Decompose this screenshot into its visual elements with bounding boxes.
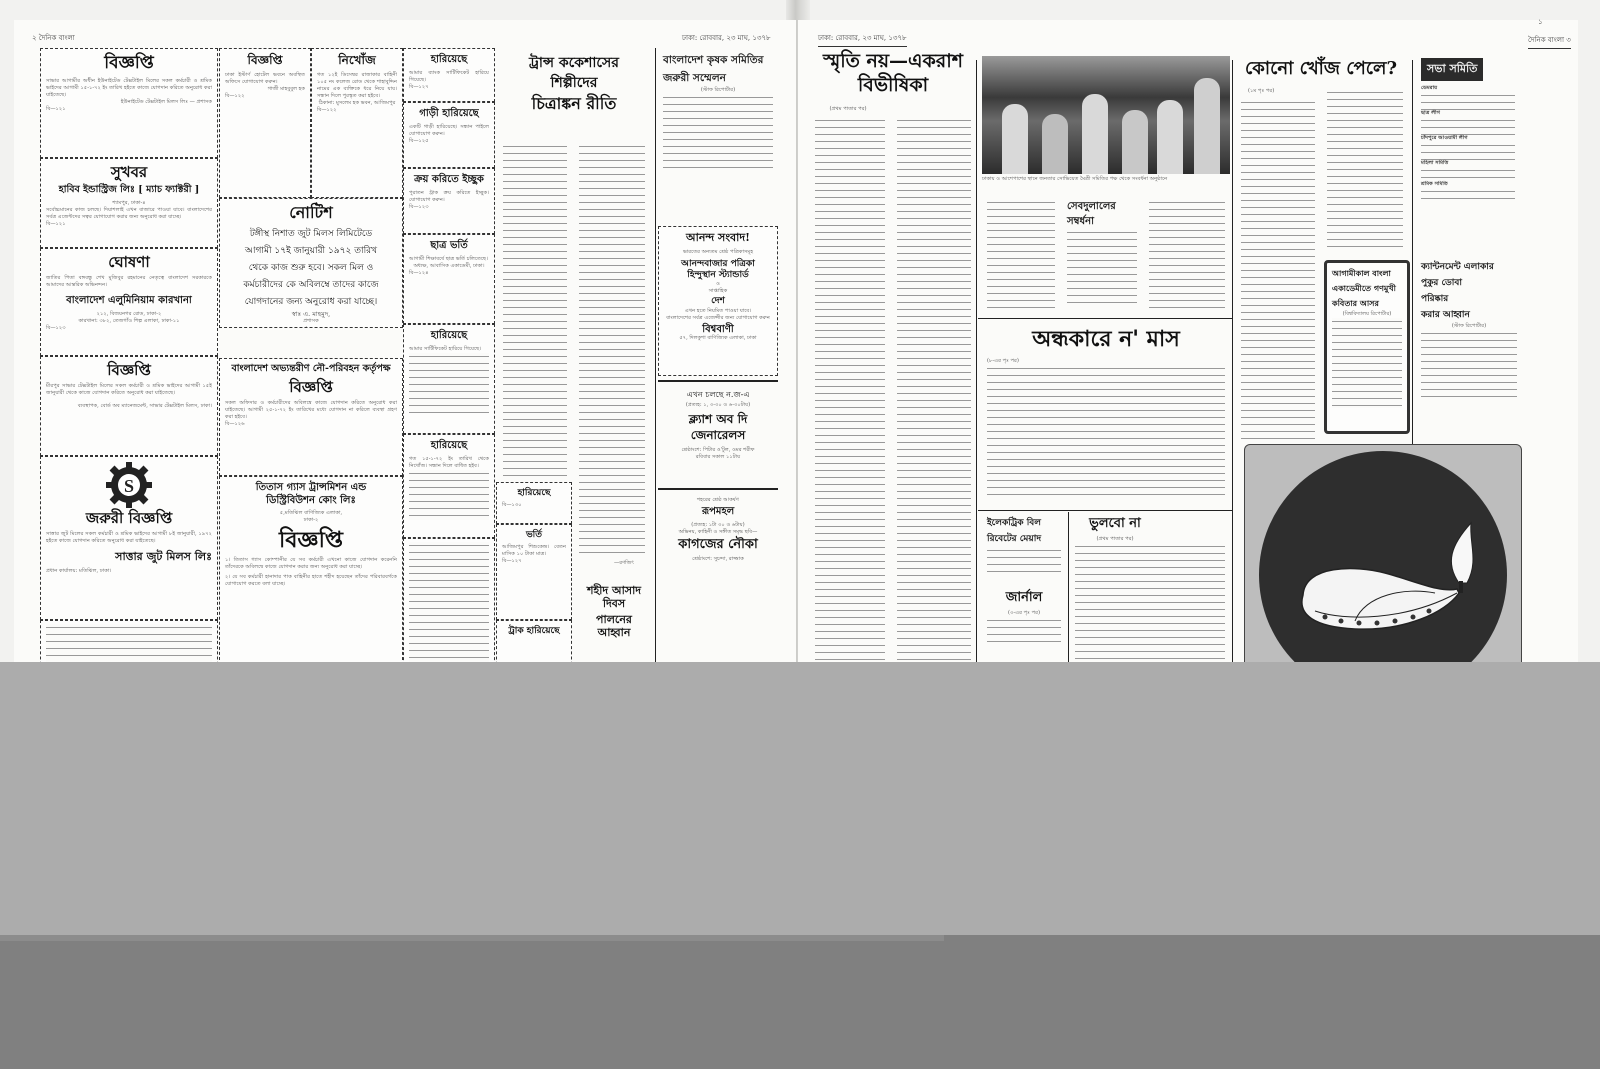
notice-company: নিশাত জুট মিলস লিঃ [225, 325, 397, 328]
ad-title: হারিয়েছে [502, 488, 566, 498]
ad-urgent-sattar-jute: S জরুরী বিজ্ঞপ্তি সাত্তার জুট মিলের সকল … [40, 456, 218, 620]
article-headline: রিবেটের মেয়াদ [987, 531, 1061, 547]
ad-title: হারিয়েছে [409, 330, 489, 342]
kono-khonj-body-col1 [1236, 96, 1320, 446]
svg-text:S: S [124, 476, 134, 496]
text-lines [897, 117, 971, 662]
ad-code: বি—১৩০ [502, 502, 566, 509]
ad-signature: ব্যবস্থাপক, বোর্ড অব ম্যানেজমেন্ট, সাভার… [46, 403, 212, 410]
column-rule [1068, 512, 1069, 662]
feature-body-col1 [498, 140, 572, 480]
cinema-film-title: কাগজের নৌকা [663, 538, 773, 553]
ad-body: আজিমপুর শিশুকেন্দ্র। বেতন মাসিক ১০ টাকা … [502, 544, 566, 558]
article-bhulbo-na: ভুলবো না (প্রথম পাতার পর) [1070, 512, 1230, 662]
text-lines [1067, 229, 1137, 309]
ad-paper-name: হিন্দুস্থান স্ট্যান্ডার্ড [664, 270, 772, 280]
sebdulal-body-col1 [982, 196, 1060, 316]
cinema-desc: অভিনয়, কাহিনী ও সঙ্গীত সমৃদ্ধ ছবি— [663, 529, 773, 536]
article-reporter: (স্টাফ রিপোর্টার) [1421, 323, 1517, 330]
ad-body: সকল অফিসার ও কর্মচারীদের অবিলম্বে কাজে য… [225, 400, 397, 421]
lead-body-col1 [810, 114, 890, 662]
ad-notice-united-textile: বিজ্ঞপ্তি সাভার আগামীর অধীন ইউনাইটেড টেক… [40, 48, 218, 158]
ad-body: ঢাকা ইস্টার্ণ হোটেল ভবনে অবস্থিত অফিসে য… [225, 72, 305, 86]
text-lines [1075, 543, 1225, 662]
ad-title: ভর্তি [502, 530, 566, 540]
article-headline: ভুলবো না [1075, 517, 1155, 532]
ad-code: বি—১২৭ [409, 84, 489, 91]
article-headline: সম্বর্ধনা [1067, 214, 1137, 229]
ad-title: হারিয়েছে [409, 54, 489, 66]
ad-signature: অধ্যক্ষ, আবাসিক একাডেমী, ঢাকা। [409, 263, 489, 270]
ad-address: ২১২, বিজয়নগর রোড, ঢাকা-২ [46, 311, 212, 318]
sebdulal-article: সেবদুলালের সম্বর্ধনা [1062, 196, 1142, 316]
ad-code: বি—১২৩ [409, 204, 489, 211]
article-headline: জার্নাল [987, 591, 1061, 606]
ad-line: বাংলাদেশের সর্বত্র এজেন্সীর জন্য যোগাযোগ… [664, 315, 772, 322]
ad-notice-savar-textile: বিজ্ঞপ্তি মীরপুর সাভার টেক্সটাইল মিলের স… [40, 356, 218, 456]
ad-code: বি—১২৫ [409, 138, 489, 145]
article-reporter: (স্টাফ রিপোর্টার) [663, 87, 773, 94]
ad-item: ২। যে সব কর্মচারী হানাদার পাক বাহিনীর হা… [225, 574, 397, 588]
ad-title: নিখোঁজ [317, 54, 397, 68]
lead-continued: (প্রথম পাতার পর) [808, 106, 888, 113]
ad-good-news-habib: সুখবর হাবিব ইন্ডাস্ট্রিজ লিঃ [ ম্যাচ ফ্য… [40, 158, 218, 248]
page-folio-right: দৈনিক বাংলা ৩ [1528, 34, 1571, 49]
notice-line: থেকে কাজ শুরু হবে। সকল মিল ও [225, 260, 397, 277]
ad-title: তিতাস গ্যাস ট্রান্সমিশন এন্ড [225, 482, 397, 494]
notice-line: যোগদানের জন্য অনুরোধ করা যাচ্ছে। [225, 294, 397, 311]
cinema-film-title: ক্ল্যাশ অব দি জেনারেলস [663, 411, 773, 443]
ad-title: বিজ্ঞপ্তি [46, 54, 212, 74]
ad-center-lost: হারিয়েছে বি—১৩০ [496, 482, 572, 524]
text-lines [663, 94, 773, 174]
ad-title: হারিয়েছে [409, 440, 489, 452]
ad-anand-sambad: আনন্দ সংবাদ! ভারতের অন্যতম শ্রেষ্ঠ পত্রি… [658, 226, 778, 376]
ad-address: ৫৭, দিলকুশা বাণিজ্যিক এলাকা, ঢাকা [664, 335, 772, 342]
notice-signer-role: প্রশাসক [225, 318, 397, 325]
sebdulal-body-col3 [1144, 196, 1230, 316]
ad-title: জরুরী বিজ্ঞপ্তি [46, 510, 212, 527]
ad-address: ৫,মতিঝিল বাণিজ্যিক এলাকা, [225, 510, 397, 517]
cinema-cast: শ্রেষ্ঠাংশে: পিটার ও'টুল, ওমর শরীফ [663, 447, 773, 454]
ad-line: ভারতের অন্যতম শ্রেষ্ঠ পত্রিকাসমূহ [664, 249, 772, 256]
cinema-note: রবিবার সকাল ১১টায় [663, 454, 773, 461]
page-left: ২ দৈনিক বাংলা ঢাকা: রোববার, ২৩ মাঘ, ১৩৭৮… [14, 20, 796, 662]
ad-title: ক্রয় করিতে ইচ্ছুক [409, 174, 489, 186]
section-badge: সভা সমিতি [1421, 58, 1483, 81]
column-rule [1412, 60, 1413, 450]
article-kobita-asar: আগামীকাল বাংলা একাডেমীতে গণমুখী কবিতার আ… [1324, 260, 1410, 434]
section-rule [978, 318, 1232, 319]
article-headline: পরিষ্কার [1421, 291, 1517, 307]
ad-body: আগামী শিক্ষাবর্ষে ছাত্র ভর্তি চলিতেছে। [409, 256, 489, 263]
gray-band-edge [0, 935, 944, 941]
text-lines [987, 365, 1225, 495]
ad-center-lost-truck: ট্রাক হারিয়েছে [496, 620, 572, 662]
ad-code: বি—১২১ [46, 106, 212, 113]
cinema-line: এখন চলছে ন.জ-এ [663, 389, 773, 402]
text-lines [579, 143, 645, 557]
page-date-left: ঢাকা: রোববার, ২৩ মাঘ, ১৩৭৮ [682, 32, 771, 44]
ad-code: বি—১২৬ [225, 421, 397, 428]
ad-title: ছাত্র ভর্তি [409, 240, 489, 252]
ad-code: বি—১২১ [46, 221, 212, 228]
ad-title: বিজ্ঞপ্তি [46, 362, 212, 379]
article-headline: করার আহ্বান [1421, 307, 1517, 323]
shaheed-asad-headline: শহীদ আসাদ দিবস পালনের আহ্বান [574, 580, 654, 662]
cinema-shows: (প্রত্যহ: ১, ৩-৩০ ও ৬-৩০টায়) [663, 402, 773, 409]
ad-student-admission: ছাত্র ভর্তি আগামী শিক্ষাবর্ষে ছাত্র ভর্ত… [403, 234, 495, 324]
ad-body: আমার সার্টিফিকেট হারিয়ে গিয়েছে। [409, 346, 489, 353]
ad-titas-gas: তিতাস গ্যাস ট্রান্সমিশন এন্ড ডিস্ট্রিবিউ… [219, 476, 403, 662]
ad-body: সাভার আগামীর অধীন ইউনাইটেড টেক্সটাইল মিল… [46, 78, 212, 99]
text-lines [1332, 318, 1402, 408]
section-rule [978, 510, 1232, 511]
ad-body: গত ১২ই ডিসেম্বর রাজাকার বাহিনী ১০৫ নং কল… [317, 72, 397, 100]
text-lines [409, 353, 489, 413]
text-lines [987, 199, 1055, 313]
article-cantonment: ক্যান্টনমেন্ট এলাকার পুকুর ডোবা পরিষ্কার… [1416, 256, 1522, 446]
section-sabha-samiti: সভা সমিতি ডেমরায় ছাত্র লীগ চাঁদপুরে আওয… [1416, 54, 1520, 254]
ad-city: ঢাকা-২ [225, 517, 397, 524]
ad-body: সর্বোচ্চমানের কাজ চলছে। দিয়াশলাই এখন বা… [46, 207, 212, 221]
feature-headline-line: চিত্রাঙ্কন রীতি [501, 95, 647, 113]
lead-body-col2 [892, 114, 976, 662]
ad-lost-2: হারিয়েছে গত ১৫-১-৭২ ইং তারিখ থেকে নিখোঁ… [403, 434, 495, 538]
ad-lost-certificate: হারিয়েছে আমার ব্যাংক সার্টিফিকেট হারিয়… [403, 48, 495, 102]
notice-line: টঙ্গীস্থ নিশাত জুট মিলস লিমিটেডে [225, 226, 397, 243]
article-headline: ইলেকট্রিক বিল [987, 515, 1061, 531]
column-rule [1232, 60, 1233, 662]
article-headline: সেবদুলালের [1067, 199, 1137, 214]
ad-announcement-aluminium: ঘোষণা জাতির পিতা বঙ্গবন্ধু শেখ মুজিবুর র… [40, 248, 218, 356]
ad-title: আনন্দ সংবাদ! [664, 232, 772, 245]
ad-code: বি—১২৭ [502, 558, 566, 565]
text-lines [815, 117, 885, 662]
sabha-item-heading: মহিলা সমিতি [1421, 160, 1515, 167]
ad-title: ঘোষণা [46, 254, 212, 271]
ad-paper-name: আনন্দবাজার পত্রিকা [664, 259, 772, 269]
ad-column-bottom [403, 538, 495, 662]
ad-code: বি—১২২ [317, 107, 397, 114]
ad-company: বাংলাদেশ এলুমিনিয়াম কারখানা [46, 295, 212, 307]
ad-signature: ইউনাইটেড টেক্সটাইল মিলস লিঃ — প্রশাসক [46, 99, 212, 106]
cinema-shows: (প্রত্যহ: ১টা ৩০ ও ৬টায়) [663, 522, 773, 529]
text-lines [1241, 99, 1315, 443]
article-headline: একাডেমীতে গণমুখী [1332, 281, 1402, 296]
feature-body-col2 [574, 140, 650, 560]
ad-title: ট্রাক হারিয়েছে [502, 626, 566, 636]
ad-missing-person: নিখোঁজ গত ১২ই ডিসেম্বর রাজাকার বাহিনী ১০… [311, 48, 403, 198]
article-continued: (প্রথম পাতার পর) [1075, 536, 1155, 543]
newspaper-scan: ২ দৈনিক বাংলা ঢাকা: রোববার, ২৩ মাঘ, ১৩৭৮… [0, 0, 1600, 662]
article-continued: (৮-এর পৃঃ পর) [987, 358, 1225, 365]
ad-heading: বিজ্ঞপ্তি [225, 528, 397, 553]
article-headline: আগামীকাল বাংলা [1332, 266, 1402, 281]
notice-signer: স্বাঃ এ. মাহমুদ, [225, 311, 397, 318]
article-krishak-samiti: বাংলাদেশ কৃষক সমিতির জরুরী সম্মেলন (স্টা… [658, 48, 778, 223]
ad-weekly: সাপ্তাহিক [664, 288, 772, 295]
ad-paper-name: দেশ [664, 296, 772, 306]
ad-want-to-buy: ক্রয় করিতে ইচ্ছুক পুরাতন ট্রাক ক্রয় কর… [403, 168, 495, 234]
lead-headline: বিভীষিকা [813, 75, 973, 97]
ad-subtitle: বিজ্ঞপ্তি [225, 379, 397, 396]
article-headline: বাংলাদেশ কৃষক সমিতির জরুরী সম্মেলন [663, 51, 773, 87]
article-headline: কোনো খোঁজ পেলে? [1241, 59, 1401, 80]
text-lines [987, 617, 1061, 647]
ad-title: সুখবর [46, 164, 212, 181]
ad-cinema-roopmahal: শহরের শ্রেষ্ঠ আকর্ষণ রূপমহল (প্রত্যহ: ১ট… [658, 494, 778, 594]
ad-title-2: ডিস্ট্রিবিউশন কোং লিঃ [225, 495, 397, 507]
feature-headline-line: ট্রান্স ককেশাসের [501, 55, 647, 71]
ad-body: জাতির পিতা বঙ্গবন্ধু শেখ মুজিবুর রহমানের… [46, 275, 212, 289]
cinema-cast: শ্রেষ্ঠাংশে: সুচন্দা, রাজ্জাক [663, 556, 773, 563]
ad-lost-1: হারিয়েছে আমার সার্টিফিকেট হারিয়ে গিয়ে… [403, 324, 495, 434]
kono-khonj-body-col2 [1322, 86, 1408, 256]
ad-footer: প্রধান কার্যালয়: মতিঝিল, ঢাকা। [46, 568, 212, 575]
headline-line: শহীদ আসাদ দিবস [579, 585, 649, 610]
ad-body: আমার ব্যাংক সার্টিফিকেট হারিয়ে গিয়েছে। [409, 70, 489, 84]
news-photo-audience [982, 56, 1230, 174]
ad-body: একটি গাড়ী হারিয়েছে। সন্ধান পাইলে যোগায… [409, 124, 489, 138]
ad-footer: কারখানা: ৩৮২, তেজগাঁও শিল্প এলাকা, ঢাকা-… [46, 318, 212, 325]
sabha-item-heading: ছাত্র লীগ [1421, 110, 1515, 117]
ad-title: গাড়ী হারিয়েছে [409, 108, 489, 120]
cinema-hall: রূপমহল [663, 506, 773, 518]
notice-title: নোটিশ [225, 204, 397, 222]
ad-address: ঠিকানা: মুসলেম হক ভবন, আজিমপুর [317, 100, 397, 107]
article-headline: অন্ধকারে ন' মাস [987, 327, 1225, 352]
ad-line: এখন হতে নিয়মিত পাওয়া যাবে। [664, 308, 772, 315]
gray-band-upper [0, 662, 1600, 935]
ad-bottom-left [40, 620, 218, 662]
ad-oil-lamp-illustration [1244, 444, 1522, 662]
article-headline: ক্যান্টনমেন্ট এলাকার [1421, 259, 1517, 275]
ad-code: বি—১২৩ [46, 325, 212, 332]
sabha-item-heading: ডেমরায় [1421, 85, 1515, 92]
article-continued: (১ম পৃঃ পর) [1248, 88, 1274, 95]
ad-inland-water-transport: বাংলাদেশ অভ্যন্তরীণ নৌ-পরিবহন কর্তৃপক্ষ … [219, 358, 403, 476]
ad-agent: বিশ্ববাণী [664, 324, 772, 336]
ad-signature: গাজী মাহবুবুল হক [225, 86, 305, 93]
text-lines [1421, 330, 1517, 400]
text-lines [409, 470, 489, 520]
text-lines [503, 143, 567, 477]
ad-title: বাংলাদেশ অভ্যন্তরীণ নৌ-পরিবহন কর্তৃপক্ষ [225, 364, 397, 375]
ad-conj: ও [664, 281, 772, 288]
text-lines [987, 547, 1061, 577]
article-kono-khonj-headline: কোনো খোঁজ পেলে? [1236, 54, 1406, 84]
article-reporter: (বিশ্ববিদ্যালয় রিপোর্টার) [1332, 311, 1402, 318]
notice-line: আগামী ১৭ই জানুয়ারী ১৯৭২ তারিখ [225, 243, 397, 260]
photo-caption: ঢাকায় ও আশেপাশের স্থানে জনতার সোভিয়েত … [982, 176, 1230, 183]
ad-body: গত ১৫-১-৭২ ইং তারিখ থেকে নিখোঁজ। সন্ধান … [409, 456, 489, 470]
page-date-right: ঢাকা: রোববার, ২৩ মাঘ, ১৩৭৮ [818, 32, 907, 47]
sabha-item-heading: শ্রমিক সমিতি [1421, 181, 1515, 188]
text-lines [1327, 89, 1403, 253]
article-headline: কবিতার আসর [1332, 296, 1402, 311]
ad-cinema-clash: এখন চলছে ন.জ-এ (প্রত্যহ: ১, ৩-৩০ ও ৬-৩০ট… [658, 380, 778, 490]
headline-line: পালনের আহ্বান [579, 614, 649, 639]
page-folio-left: ২ দৈনিক বাংলা [32, 32, 75, 44]
column-rule [976, 60, 977, 662]
text-lines [1149, 199, 1225, 313]
article-continued: (৩-এর পৃঃ পর) [987, 610, 1061, 617]
ad-subtitle: হাবিব ইন্ডাস্ট্রিজ লিঃ [ ম্যাচ ফ্যাক্টরী… [46, 185, 212, 196]
lead-headline-block: স্মৃতি নয়—একরাশ বিভীষিকা [808, 46, 978, 110]
ad-body: সাত্তার জুট মিলের সকল কর্মচারী ও শ্রমিক … [46, 531, 212, 545]
ad-code: বি—১২৪ [409, 270, 489, 277]
ad-body: মীরপুর সাভার টেক্সটাইল মিলের সকল কর্মচার… [46, 383, 212, 397]
ad-title: বিজ্ঞপ্তি [225, 54, 305, 68]
lead-headline: স্মৃতি নয়—একরাশ [813, 51, 973, 73]
ad-company: সাত্তার জুট মিলস লিঃ [46, 551, 212, 564]
ad-lost-car: গাড়ী হারিয়েছে একটি গাড়ী হারিয়েছে। সন… [403, 102, 495, 168]
column-rule [655, 48, 656, 662]
sabha-item-heading: চাঁদপুরে আওয়ামী লীগ [1421, 135, 1515, 142]
article-electric-bill: ইলেকট্রিক বিল রিবেটের মেয়াদ জার্নাল (৩-… [982, 512, 1066, 662]
ad-item: ১। তিতাস গ্যাস কোম্পানীর যে সব কর্মচারী … [225, 557, 397, 571]
text-lines [409, 542, 489, 662]
notice-line: কর্মচারীদের কে অবিলম্বে তাদের কাজে [225, 277, 397, 294]
ad-notice-nishat-jute: নোটিশ টঙ্গীস্থ নিশাত জুট মিলস লিমিটেডে আ… [219, 198, 403, 328]
cinema-line: শহরের শ্রেষ্ঠ আকর্ষণ [663, 497, 773, 504]
ad-notice-eastern-hotel: বিজ্ঞপ্তি ঢাকা ইস্টার্ণ হোটেল ভবনে অবস্থ… [219, 48, 311, 198]
ad-code: বি—১২২ [225, 93, 305, 100]
article-andhakare: অন্ধকারে ন' মাস (৮-এর পৃঃ পর) [982, 320, 1230, 510]
gear-logo-icon: S [106, 462, 152, 508]
oil-lamp-icon [1245, 445, 1521, 662]
article-headline: পুকুর ডোবা [1421, 275, 1517, 291]
text-lines [46, 624, 212, 662]
feature-byline: —রণজিৎ [614, 560, 634, 567]
feature-headline-line: শিল্পীদের [501, 75, 647, 91]
ad-center-admission: ভর্তি আজিমপুর শিশুকেন্দ্র। বেতন মাসিক ১০… [496, 524, 572, 620]
ad-body: পুরাতন ট্রাক ক্রয় করিতে ইচ্ছুক। যোগাযোগ… [409, 190, 489, 204]
page-right: ঢাকা: রোববার, ২৩ মাঘ, ১৩৭৮ দৈনিক বাংলা ৩… [798, 20, 1578, 662]
page-number: ১ [1538, 16, 1543, 28]
